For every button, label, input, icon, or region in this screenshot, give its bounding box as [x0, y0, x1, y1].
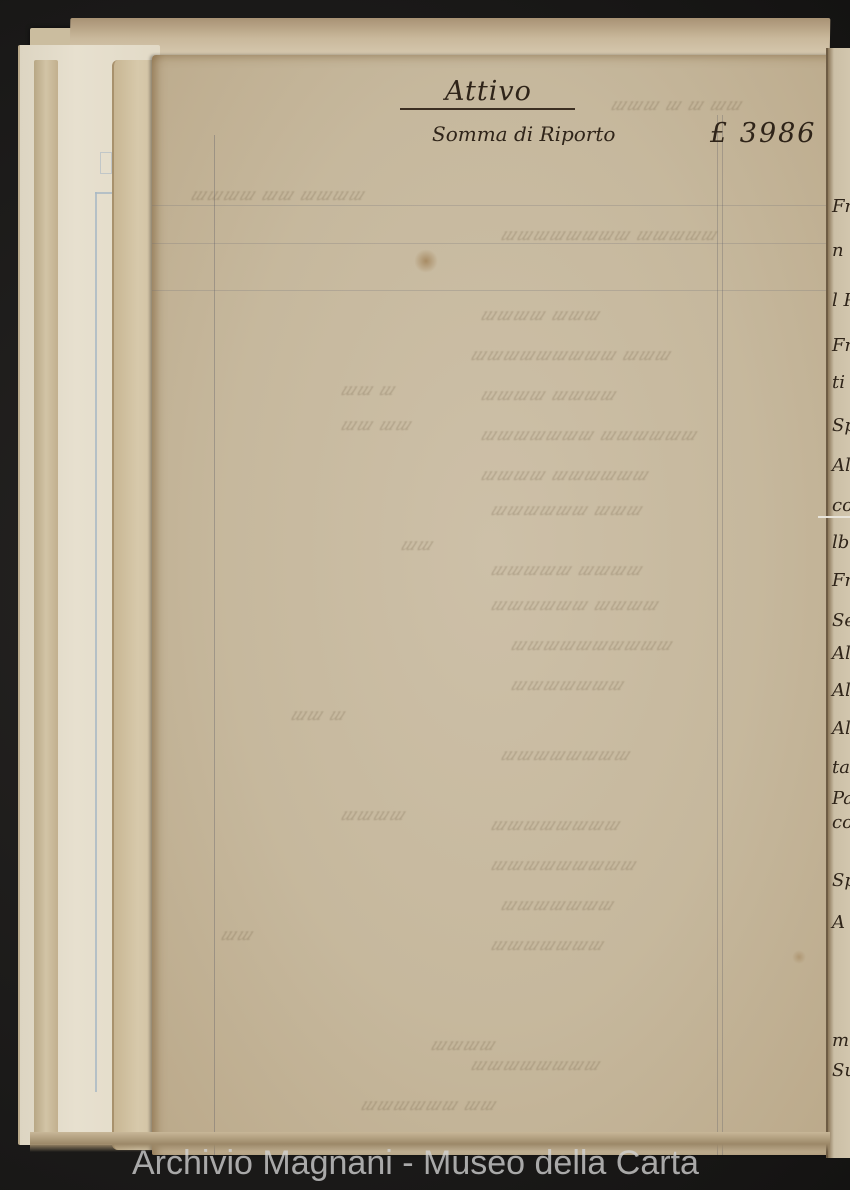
bleed-through-text: ɯɯɯɯɯɯɯ	[498, 895, 620, 914]
facing-page-fragment: m	[832, 1030, 849, 1051]
bleed-through-text: ɯɯ ɯ	[338, 380, 401, 399]
bleed-through-text: ɯɯ	[398, 535, 439, 554]
ruled-line	[152, 243, 832, 244]
facing-page-fragment: Al	[832, 643, 850, 664]
bleed-through-text: ɯɯɯɯɯɯɯɯɯ	[488, 855, 642, 874]
bleed-through-text: ɯɯɯɯɯ ɯɯɯɯ	[488, 560, 649, 579]
bleed-through-text: ɯɯɯɯ ɯɯɯ	[478, 305, 606, 324]
facing-page-fragment: Su	[832, 1060, 850, 1081]
facing-page-fragment: Alle	[832, 718, 850, 739]
ink-stain	[792, 950, 806, 964]
facing-page-fragment: Fra	[832, 196, 850, 217]
facing-page-fragment: l P	[832, 290, 850, 311]
bleed-through-text: ɯɯɯɯ	[428, 1035, 502, 1054]
facing-page-fragment: Al	[832, 680, 850, 701]
bleed-through-text: ɯɯɯɯɯɯ ɯɯɯɯ	[488, 595, 665, 614]
bleed-through-text: ɯɯɯɯ ɯɯɯɯ	[478, 385, 622, 404]
section-title: Attivo	[445, 76, 532, 107]
facing-page-fragment: Sp	[832, 870, 850, 891]
facing-page-fragment: Fr	[832, 335, 850, 356]
bleed-through-text: ɯɯɯɯɯɯɯɯ	[488, 815, 626, 834]
bleed-through-text: ɯɯɯɯɯɯɯɯ ɯɯɯɯɯ	[498, 225, 723, 244]
facing-page-fragment: Al	[832, 455, 850, 476]
facing-page-fragment: ti	[832, 372, 845, 393]
underlying-page-edge	[34, 60, 58, 1140]
archive-watermark: Archivio Magnani - Museo della Carta	[132, 1144, 699, 1183]
facing-page-fragment: co	[832, 812, 850, 833]
bleed-through-text: ɯɯɯɯɯɯɯ	[508, 675, 630, 694]
amount-column-rule	[722, 115, 723, 1155]
bleed-through-text: ɯɯɯɯɯɯɯɯ	[498, 745, 636, 764]
bleed-through-text: ɯɯɯɯ ɯɯɯɯɯɯ	[478, 465, 655, 484]
title-underline	[400, 108, 575, 110]
carried-amount: £ 3986	[710, 118, 816, 149]
printed-form-mark	[100, 152, 112, 174]
book-top-edge	[70, 18, 831, 58]
bleed-through-text: ɯɯɯɯɯɯɯ ɯɯɯɯɯɯ	[478, 425, 703, 444]
margin-rule	[214, 135, 215, 1155]
bleed-through-text: ɯɯɯɯɯɯɯ	[488, 935, 610, 954]
bleed-through-text: ɯɯɯ ɯ ɯ ɯɯ	[608, 95, 748, 114]
facing-page-fragment: n	[832, 240, 844, 261]
bleed-through-text: ɯɯɯɯɯɯ ɯɯɯ	[488, 500, 649, 519]
facing-page-fragment: Sen	[832, 610, 850, 631]
entry-label: Somma di Riporto	[432, 122, 615, 146]
facing-page-fragment: Sp	[832, 415, 850, 436]
facing-page-fragment: ta	[832, 757, 850, 778]
ink-stain	[414, 249, 438, 273]
bleed-through-text: ɯɯ	[218, 925, 259, 944]
facing-page-fragment: co	[832, 495, 850, 516]
ledger-page: ɯɯɯ ɯ ɯ ɯɯ ɯɯɯɯ ɯɯ ɯɯɯɯ ɯɯɯɯɯɯɯɯ ɯɯɯɯɯ ɯ…	[152, 55, 832, 1155]
bleed-through-text: ɯɯɯɯɯɯɯɯ	[468, 1055, 606, 1074]
bleed-through-text: ɯɯɯɯɯɯɯɯɯ ɯɯɯ	[468, 345, 677, 364]
facing-page-fragment: Pa	[832, 788, 850, 809]
printed-form-rule	[95, 192, 97, 1092]
bleed-through-text: ɯɯɯɯ ɯɯ ɯɯɯɯ	[188, 185, 371, 204]
bleed-through-text: ɯɯɯɯɯɯɯɯɯɯ	[508, 635, 679, 654]
amount-column-rule	[717, 115, 718, 1155]
binding-thread	[818, 516, 850, 518]
facing-page-fragment: A	[832, 912, 845, 933]
ruled-line	[152, 290, 832, 291]
facing-page-fragment: Fra	[832, 570, 850, 591]
ruled-line	[152, 205, 832, 206]
facing-page-fragment: lb	[832, 532, 849, 553]
bleed-through-text: ɯɯ ɯ	[288, 705, 351, 724]
bleed-through-text: ɯɯ ɯɯ	[338, 415, 418, 434]
bleed-through-text: ɯɯɯɯɯɯ ɯɯ	[358, 1095, 502, 1114]
bleed-through-text: ɯɯɯɯ	[338, 805, 412, 824]
